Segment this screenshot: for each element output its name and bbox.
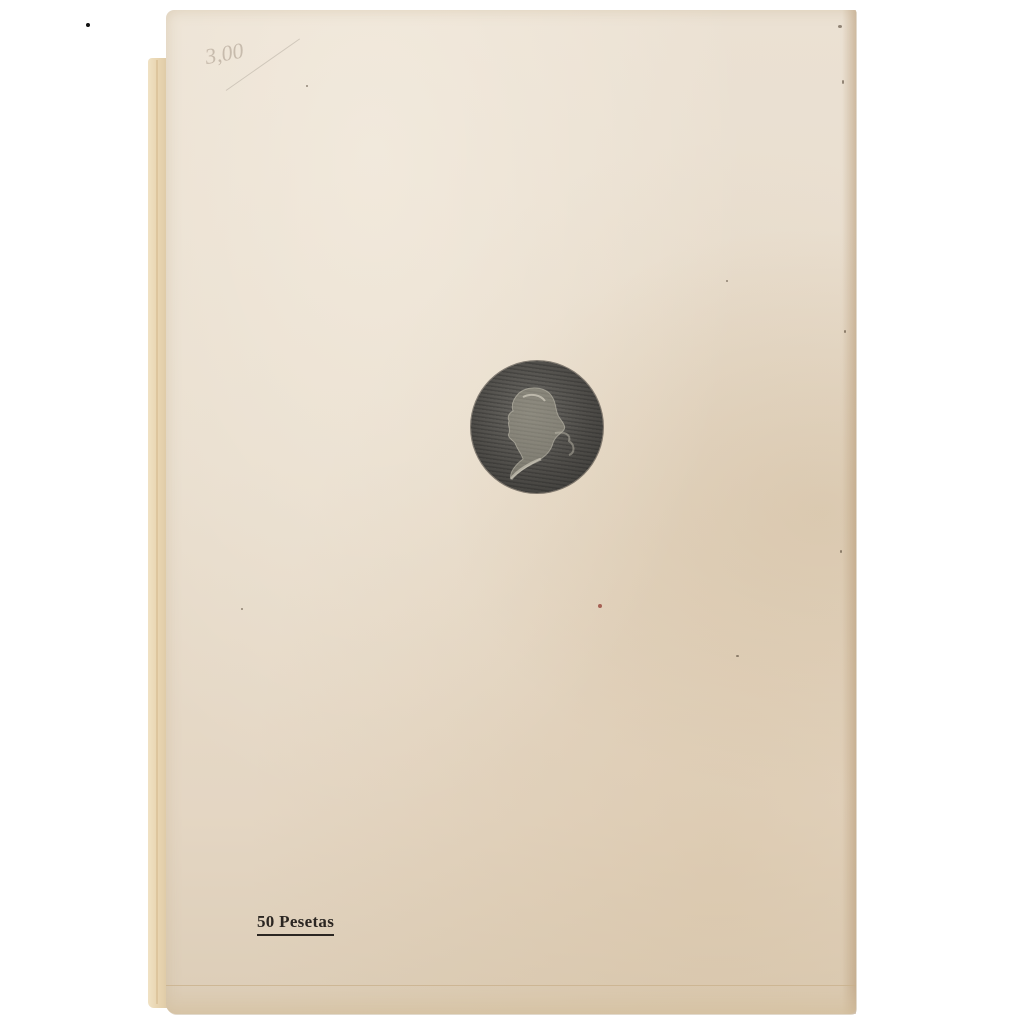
- foxing-speck: [306, 85, 308, 87]
- stray-dot: [86, 23, 90, 27]
- foxing-speck: [838, 25, 842, 28]
- portrait-profile-icon: [471, 361, 603, 493]
- foxing-speck: [598, 604, 602, 608]
- foxing-speck: [840, 550, 842, 553]
- pencil-price-note: 3,00: [203, 32, 279, 84]
- foxing-speck: [241, 608, 243, 610]
- foxing-speck: [842, 80, 844, 84]
- foxing-speck: [736, 655, 739, 657]
- cover-bottom-fold: [166, 985, 856, 1014]
- portrait-medallion: [471, 361, 603, 493]
- foxing-speck: [844, 330, 846, 333]
- book-back-cover: 3,00 50 Pesetas: [166, 10, 856, 1014]
- page-edge-line: [156, 60, 158, 1004]
- foxing-speck: [726, 280, 728, 282]
- photo-stage: 3,00 50 Pesetas: [0, 0, 1024, 1024]
- cover-worn-edge: [842, 10, 856, 1014]
- price-label: 50 Pesetas: [257, 913, 334, 936]
